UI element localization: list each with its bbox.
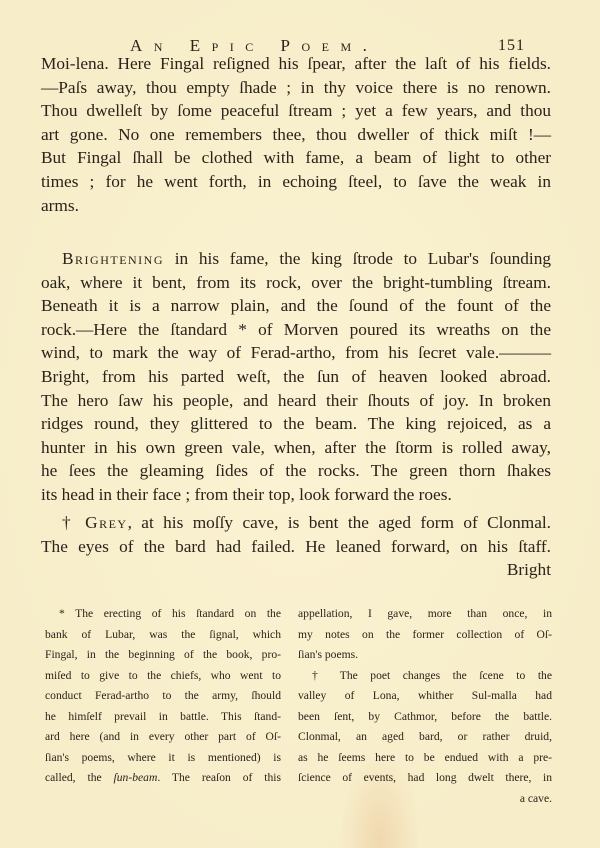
footnote-line: appellation, I gave, more than once, in [298,604,552,625]
footnote-line: † The poet changes the ſcene to the [298,666,552,687]
text-line: Thou dwelleſt by ſome peaceful ſtream ; … [41,99,551,123]
footnote-line: ſian's poems. [298,645,552,666]
text-line: hunter in his own green vale, when, afte… [41,436,551,460]
text-run: . The reaſon of this [157,771,281,784]
text-line: † Grey, at his moſſy cave, is bent the a… [41,511,551,535]
text-line: Bright, from his parted weſt, the ſun of… [41,365,551,389]
text-line: But Fingal ſhall be clothed with fame, a… [41,146,551,170]
dagger-mark: † [62,513,85,532]
footnote-line: Clonmal, an aged bard, or rather druid, [298,727,552,748]
small-caps-lead: Grey [85,513,127,532]
text-line: ridges round, they glittered to the beam… [41,412,551,436]
text-line: times ; for he went forth, in echoing ſt… [41,170,551,194]
footnote-column-left: * The erecting of his ſtandard on the ba… [45,604,281,789]
book-page: An Epic Poem. 151 Moi-lena. Here Fingal … [0,0,600,848]
text-line: wind, to mark the way of Ferad-artho, fr… [41,341,551,365]
text-run: , at his moſſy cave, is bent the aged fo… [128,513,551,532]
small-caps-lead: Brightening [62,249,164,268]
footnote-line: * The erecting of his ſtandard on the [45,604,281,625]
footnote-line: as he ſeems here to be endued with a pre… [298,748,552,769]
text-line: arms. [41,194,551,218]
text-line: Moi-lena. Here Fingal reſigned his ſpear… [41,52,551,76]
paragraph-2: Brightening in his fame, the king ſtrode… [41,247,551,507]
footnote-line: miſed to give to the chiefs, who went to [45,666,281,687]
footnote-column-right: appellation, I gave, more than once, in … [298,604,552,809]
footnote-line: bank of Lubar, was the ſignal, which [45,625,281,646]
footnote-line: ſcience of events, had long dwelt there,… [298,768,552,789]
text-line: oak, where it bent, from its rock, over … [41,271,551,295]
paragraph-1: Moi-lena. Here Fingal reſigned his ſpear… [41,52,551,217]
footnote-catchword: a cave. [298,789,552,810]
footnote-line: Fingal, in the beginning of the book, pr… [45,645,281,666]
footnote-line: conduct Ferad-artho to the army, ſhould [45,686,281,707]
text-run: called, the [45,771,114,784]
paragraph-3: † Grey, at his moſſy cave, is bent the a… [41,511,551,582]
footnote-line: my notes on the former collection of Oſ- [298,625,552,646]
text-line: art gone. No one remembers thee, thou dw… [41,123,551,147]
text-line: The eyes of the bard had failed. He lean… [41,535,551,559]
text-run: in his fame, the king ſtrode to Lubar's … [164,249,551,268]
italic-term: ſun-beam [114,771,158,784]
footnote-line: been ſent, by Cathmor, before the battle… [298,707,552,728]
text-line: Brightening in his fame, the king ſtrode… [41,247,551,271]
footnote-line: called, the ſun-beam. The reaſon of this [45,768,281,789]
text-line: Beneath it is a narrow plain, and the ſo… [41,294,551,318]
catchword: Bright [41,558,551,582]
footnote-line: he himſelf prevail in battle. This ſtand… [45,707,281,728]
footnote-line: valley of Lona, whither Sul-malla had [298,686,552,707]
footnote-line: ſian's poems, where it is mentioned) is [45,748,281,769]
footnote-line: ard here (and in every other part of Oſ- [45,727,281,748]
text-line: he ſees the gleaming ſides of the rocks.… [41,459,551,483]
text-line: The hero ſaw his people, and heard their… [41,389,551,413]
text-line: —Paſs away, thou empty ſhade ; in thy vo… [41,76,551,100]
text-line: its head in their face ; from their top,… [41,483,551,507]
text-line: rock.—Here the ſtandard * of Morven pour… [41,318,551,342]
